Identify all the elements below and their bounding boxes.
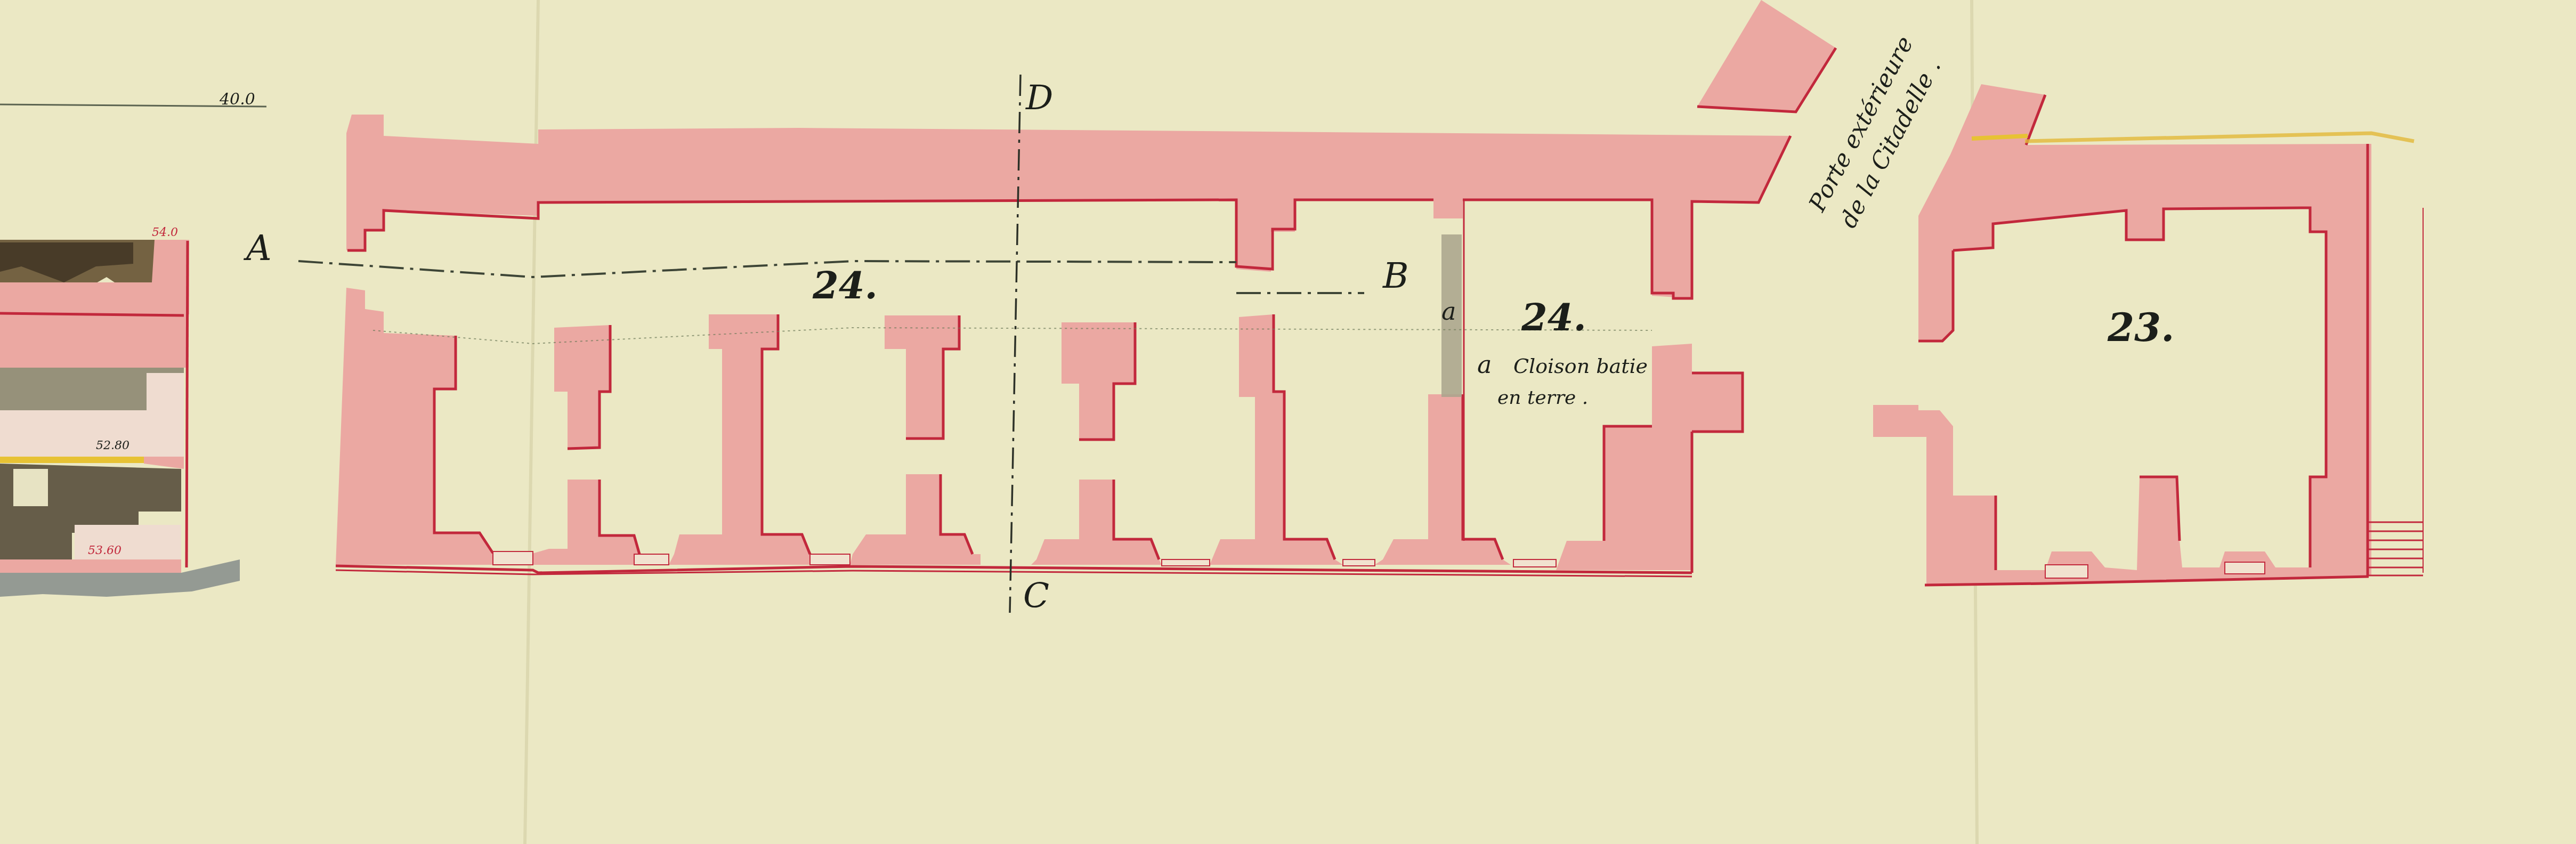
gate-sill-yellow [1972, 136, 2028, 139]
section-label-a: A [243, 228, 272, 269]
floor-plan: 40.0 52.80 53.60 54.0 [0, 0, 2576, 844]
section-label-d: D [1025, 78, 1053, 118]
scale-label: 40.0 [219, 90, 255, 109]
level-bottom: 53.60 [88, 544, 121, 557]
legend-marker-a: a [1477, 350, 1492, 379]
legend-line-1: Cloison batie [1513, 354, 1648, 378]
legend-line-2: en terre . [1497, 387, 1588, 409]
room-label-24-west: 24. [812, 263, 878, 307]
level-mid: 52.80 [96, 439, 129, 452]
ground-slab [0, 559, 181, 573]
floor-beam [0, 457, 144, 463]
floor-slab [0, 314, 187, 368]
section-label-c: C [1023, 577, 1049, 616]
partition-marker-a: a [1441, 297, 1456, 326]
room-label-24-east: 24. [1521, 295, 1586, 339]
room-label-23: 23. [2107, 305, 2174, 350]
window-opening [13, 469, 48, 506]
section-edge [187, 241, 188, 567]
level-top: 54.0 [152, 226, 178, 239]
section-label-b: B [1382, 255, 1409, 296]
